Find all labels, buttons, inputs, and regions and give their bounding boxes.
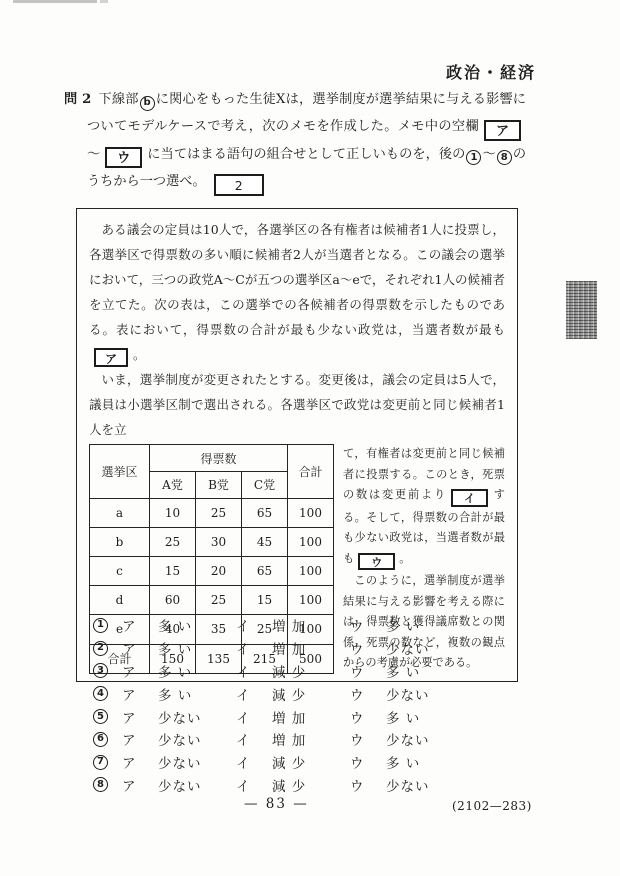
option-value-u: 少ない (386, 684, 466, 704)
scan-artifact-tick (100, 0, 108, 3)
blank-box-a-memo: ア (94, 348, 128, 367)
cell-votes-c: 65 (242, 498, 288, 527)
option-value-u: 多 い (386, 615, 466, 635)
options-list: 1 ア 多 い イ 増 加 ウ 多 い 2 ア 多 い イ 増 加 ウ 少ない … (92, 614, 466, 796)
circled-number-icon: 3 (93, 663, 108, 678)
cell-votes-b: 25 (196, 586, 242, 615)
memo-paragraph-1: ある議会の定員は10人で，各選挙区の各有権者は候補者1人に投票し，各選挙区で得票… (89, 217, 505, 367)
option-label-u: ウ (350, 752, 386, 772)
option-value-i: 増 加 (272, 615, 350, 635)
option-value-a: 多 い (158, 684, 236, 704)
cell-district: c (90, 557, 150, 586)
memo-paragraph-2: いま，選挙制度が変更されたとする。変更後は，議会の定員は5人で，議員は小選挙区制… (89, 367, 505, 442)
circled-number-icon: 5 (93, 709, 108, 724)
cell-total: 100 (288, 557, 334, 586)
circled-number-icon: 1 (93, 618, 108, 633)
cell-votes-a: 25 (150, 527, 196, 556)
option-label-u: ウ (350, 775, 386, 795)
col-header-district: 選挙区 (90, 445, 150, 498)
option-6: 6 ア 少ない イ 増 加 ウ 少ない (92, 728, 466, 751)
question-text: 問 2下線部bに関心をもった生徒Xは，選挙制度が選挙結果に与える影響についてモデ… (64, 86, 526, 196)
circled-8-icon: 8 (497, 150, 512, 165)
col-header-party-c: C党 (242, 472, 288, 499)
cell-votes-c: 65 (242, 557, 288, 586)
option-value-a: 少ない (158, 729, 236, 749)
option-value-i: 増 加 (272, 638, 350, 658)
memo-right-paragraph-1: て，有権者は変更前と同じ候補者に投票する。このとき，死票の数は変更前よりイする。… (343, 444, 505, 571)
option-value-u: 少ない (386, 638, 466, 658)
option-value-a: 多 い (158, 638, 236, 658)
cell-votes-b: 25 (196, 498, 242, 527)
option-8: 8 ア 少ない イ 減 少 ウ 少ない (92, 774, 466, 797)
cell-votes-a: 60 (150, 586, 196, 615)
cell-votes-a: 10 (150, 498, 196, 527)
memo-box: ある議会の定員は10人で，各選挙区の各有権者は候補者1人に投票し，各選挙区で得票… (76, 208, 518, 682)
question-number-box: 2 (214, 174, 264, 196)
document-code: (2102—283) (452, 799, 532, 813)
memo-p1-text: ある議会の定員は10人で，各選挙区の各有権者は候補者1人に投票し，各選挙区で得票… (89, 222, 505, 337)
cell-district: a (90, 498, 150, 527)
option-label-i: イ (236, 638, 272, 658)
cell-total: 100 (288, 527, 334, 556)
option-value-u: 多 い (386, 661, 466, 681)
option-7: 7 ア 少ない イ 減 少 ウ 多 い (92, 751, 466, 774)
memo-r3-period: 。 (399, 552, 410, 565)
scan-artifact-bar (13, 0, 97, 3)
memo-p1-period: 。 (133, 347, 146, 362)
option-label-i: イ (236, 729, 272, 749)
option-label-u: ウ (350, 615, 386, 635)
option-value-u: 多 い (386, 707, 466, 727)
cell-votes-c: 15 (242, 586, 288, 615)
blank-box-a: ア (484, 120, 521, 141)
option-label-i: イ (236, 775, 272, 795)
option-label-a: ア (122, 775, 158, 795)
cell-votes-b: 30 (196, 527, 242, 556)
option-label-i: イ (236, 684, 272, 704)
circled-1-icon: 1 (466, 150, 481, 165)
cell-votes-c: 45 (242, 527, 288, 556)
col-header-party-b: B党 (196, 472, 242, 499)
option-label-u: ウ (350, 684, 386, 704)
col-header-party-a: A党 (150, 472, 196, 499)
option-value-a: 少ない (158, 752, 236, 772)
option-value-a: 多 い (158, 661, 236, 681)
circled-b-icon: b (140, 96, 155, 111)
circled-number-icon: 4 (93, 686, 108, 701)
blank-box-i-memo: イ (451, 489, 488, 507)
option-label-a: ア (122, 752, 158, 772)
option-label-u: ウ (350, 638, 386, 658)
option-label-i: イ (236, 615, 272, 635)
question-text-seg5: ～ (482, 147, 495, 162)
cell-district: d (90, 586, 150, 615)
option-label-i: イ (236, 661, 272, 681)
cell-votes-b: 20 (196, 557, 242, 586)
option-value-u: 少ない (386, 729, 466, 749)
option-label-a: ア (122, 638, 158, 658)
option-label-a: ア (122, 707, 158, 727)
page-number: — 83 — (244, 796, 309, 812)
option-4: 4 ア 多 い イ 減 少 ウ 少ない (92, 682, 466, 705)
col-header-votes: 得票数 (150, 445, 288, 472)
option-label-a: ア (122, 729, 158, 749)
option-label-u: ウ (350, 729, 386, 749)
question-text-seg4: に当てはまる語句の組合せとして正しいものを，後の (147, 147, 465, 162)
option-label-u: ウ (350, 707, 386, 727)
option-value-i: 減 少 (272, 775, 350, 795)
circled-number-icon: 2 (93, 641, 108, 656)
cell-votes-a: 15 (150, 557, 196, 586)
option-value-u: 少ない (386, 775, 466, 795)
blank-box-u-memo: ウ (358, 553, 395, 571)
option-2: 2 ア 多 い イ 増 加 ウ 少ない (92, 637, 466, 660)
option-value-a: 少ない (158, 775, 236, 795)
blank-box-u: ウ (105, 147, 142, 168)
option-value-a: 多 い (158, 615, 236, 635)
circled-number-icon: 7 (93, 755, 108, 770)
question-block: 問 2下線部bに関心をもった生徒Xは，選挙制度が選挙結果に与える影響についてモデ… (64, 86, 526, 196)
option-label-u: ウ (350, 661, 386, 681)
cell-total: 100 (288, 498, 334, 527)
option-value-i: 減 少 (272, 684, 350, 704)
option-label-a: ア (122, 684, 158, 704)
option-value-a: 少ない (158, 707, 236, 727)
option-value-i: 増 加 (272, 729, 350, 749)
table-row-c: c 15 20 65 100 (90, 557, 334, 586)
option-label-i: イ (236, 752, 272, 772)
table-row-a: a 10 25 65 100 (90, 498, 334, 527)
cell-district: b (90, 527, 150, 556)
question-text-seg1: 下線部 (98, 92, 138, 107)
col-header-total: 合計 (288, 445, 334, 498)
option-value-u: 多 い (386, 752, 466, 772)
table-row-d: d 60 25 15 100 (90, 586, 334, 615)
page-title: 政治・経済 (446, 60, 536, 83)
question-label: 問 2 (64, 92, 91, 107)
option-label-a: ア (122, 615, 158, 635)
scan-noise-block (566, 281, 597, 339)
option-value-i: 減 少 (272, 752, 350, 772)
option-3: 3 ア 多 い イ 減 少 ウ 多 い (92, 660, 466, 683)
option-label-i: イ (236, 707, 272, 727)
option-value-i: 増 加 (272, 707, 350, 727)
option-value-i: 減 少 (272, 661, 350, 681)
circled-number-icon: 8 (93, 777, 108, 792)
option-1: 1 ア 多 い イ 増 加 ウ 多 い (92, 614, 466, 637)
cell-total: 100 (288, 586, 334, 615)
table-row-b: b 25 30 45 100 (90, 527, 334, 556)
circled-number-icon: 6 (93, 732, 108, 747)
option-label-a: ア (122, 661, 158, 681)
option-5: 5 ア 少ない イ 増 加 ウ 多 い (92, 705, 466, 728)
question-text-seg3: ～ (87, 147, 100, 162)
